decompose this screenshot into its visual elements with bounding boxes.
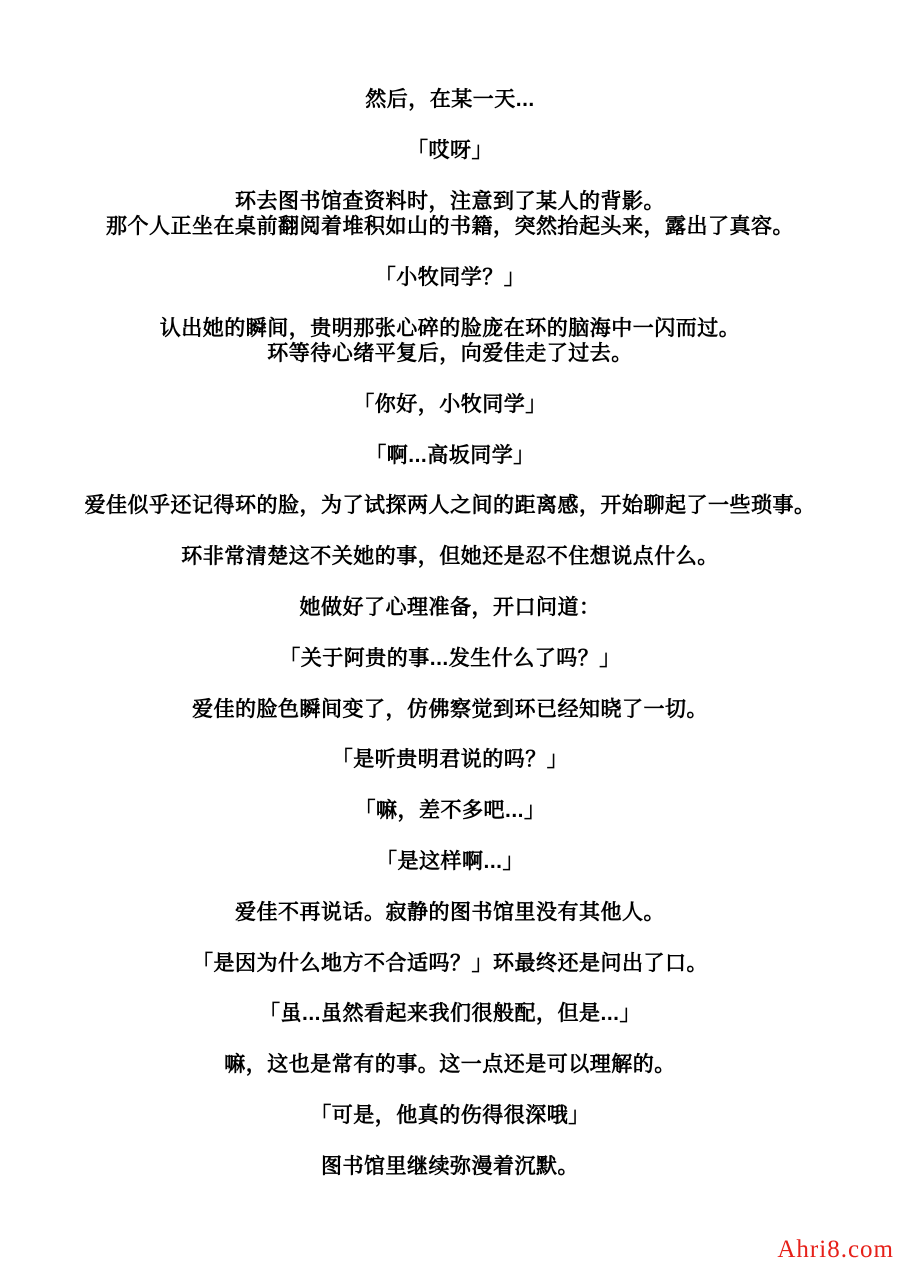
story-line: 爱佳的脸色瞬间变了，仿佛察觉到环已经知晓了一切。 <box>0 697 900 722</box>
paragraph: 嘛，这也是常有的事。这一点还是可以理解的。 <box>0 1052 900 1077</box>
story-line: 「是因为什么地方不合适吗？」环最终还是问出了口。 <box>0 951 900 976</box>
paragraph: 「哎呀」 <box>0 138 900 163</box>
story-line: 环等待心绪平复后，向爱佳走了过去。 <box>0 341 900 366</box>
story-line: 「嘛，差不多吧...」 <box>0 798 900 823</box>
paragraph: 爱佳不再说话。寂静的图书馆里没有其他人。 <box>0 900 900 925</box>
paragraph: 「是听贵明君说的吗？」 <box>0 747 900 772</box>
watermark: Ahri8.com <box>777 1236 894 1264</box>
paragraph: 环去图书馆查资料时，注意到了某人的背影。那个人正坐在桌前翻阅着堆积如山的书籍，突… <box>0 189 900 240</box>
story-line: 她做好了心理准备，开口问道： <box>0 595 900 620</box>
paragraph: 图书馆里继续弥漫着沉默。 <box>0 1154 900 1179</box>
paragraph: 爱佳似乎还记得环的脸，为了试探两人之间的距离感，开始聊起了一些琐事。 <box>0 493 900 518</box>
paragraph: 「虽...虽然看起来我们很般配，但是...」 <box>0 1001 900 1026</box>
paragraph: 「是因为什么地方不合适吗？」环最终还是问出了口。 <box>0 951 900 976</box>
story-line: 「虽...虽然看起来我们很般配，但是...」 <box>0 1001 900 1026</box>
story-line: 爱佳不再说话。寂静的图书馆里没有其他人。 <box>0 900 900 925</box>
paragraph: 「可是，他真的伤得很深哦」 <box>0 1103 900 1128</box>
story-line: 「你好，小牧同学」 <box>0 392 900 417</box>
story-line: 认出她的瞬间，贵明那张心碎的脸庞在环的脑海中一闪而过。 <box>0 316 900 341</box>
paragraph: 「啊...高坂同学」 <box>0 443 900 468</box>
story-line: 那个人正坐在桌前翻阅着堆积如山的书籍，突然抬起头来，露出了真容。 <box>0 214 900 239</box>
story-line: 「小牧同学？」 <box>0 265 900 290</box>
paragraph: 「小牧同学？」 <box>0 265 900 290</box>
paragraph: 她做好了心理准备，开口问道： <box>0 595 900 620</box>
story-line: 图书馆里继续弥漫着沉默。 <box>0 1154 900 1179</box>
story-line: 「哎呀」 <box>0 138 900 163</box>
paragraph: 环非常清楚这不关她的事，但她还是忍不住想说点什么。 <box>0 544 900 569</box>
paragraph: 然后，在某一天... <box>0 87 900 112</box>
story-line: 环非常清楚这不关她的事，但她还是忍不住想说点什么。 <box>0 544 900 569</box>
story-text: 然后，在某一天...「哎呀」环去图书馆查资料时，注意到了某人的背影。那个人正坐在… <box>0 0 900 1179</box>
paragraph: 认出她的瞬间，贵明那张心碎的脸庞在环的脑海中一闪而过。环等待心绪平复后，向爱佳走… <box>0 316 900 367</box>
document-page: 然后，在某一天...「哎呀」环去图书馆查资料时，注意到了某人的背影。那个人正坐在… <box>0 0 900 1272</box>
story-line: 「可是，他真的伤得很深哦」 <box>0 1103 900 1128</box>
paragraph: 「嘛，差不多吧...」 <box>0 798 900 823</box>
story-line: 爱佳似乎还记得环的脸，为了试探两人之间的距离感，开始聊起了一些琐事。 <box>0 493 900 518</box>
story-line: 「啊...高坂同学」 <box>0 443 900 468</box>
paragraph: 「是这样啊...」 <box>0 849 900 874</box>
story-line: 嘛，这也是常有的事。这一点还是可以理解的。 <box>0 1052 900 1077</box>
paragraph: 「关于阿贵的事...发生什么了吗？」 <box>0 646 900 671</box>
story-line: 「关于阿贵的事...发生什么了吗？」 <box>0 646 900 671</box>
paragraph: 「你好，小牧同学」 <box>0 392 900 417</box>
story-line: 然后，在某一天... <box>0 87 900 112</box>
story-line: 环去图书馆查资料时，注意到了某人的背影。 <box>0 189 900 214</box>
paragraph: 爱佳的脸色瞬间变了，仿佛察觉到环已经知晓了一切。 <box>0 697 900 722</box>
story-line: 「是这样啊...」 <box>0 849 900 874</box>
story-line: 「是听贵明君说的吗？」 <box>0 747 900 772</box>
